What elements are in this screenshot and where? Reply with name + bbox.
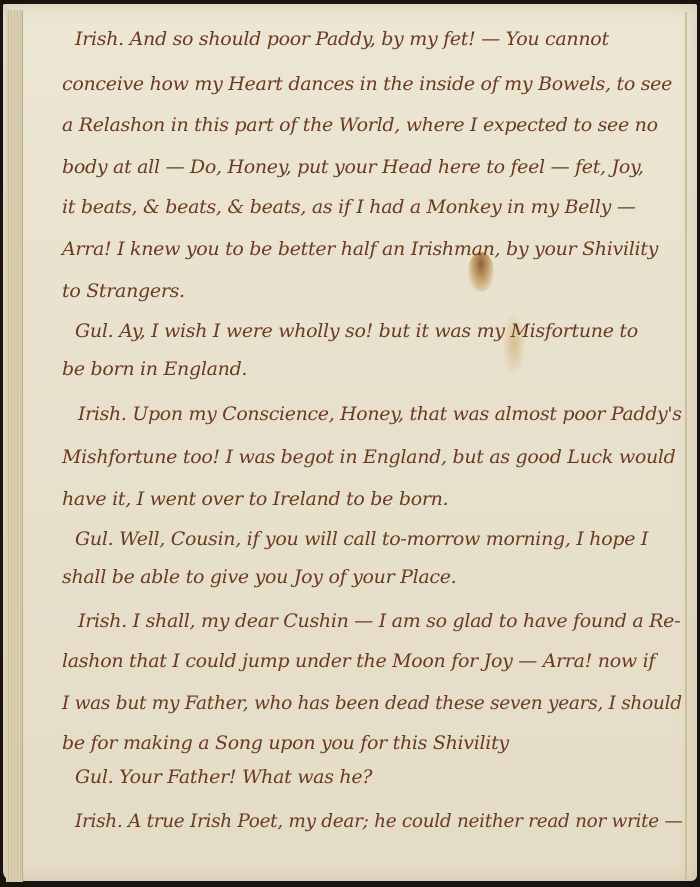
text-line: Irish. A true Irish Poet, my dear; he co… [75, 812, 683, 831]
text-line: be for making a Song upon you for this S… [62, 734, 509, 753]
text-line: Irish. Upon my Conscience, Honey, that w… [78, 405, 682, 424]
manuscript-frame: Irish. And so should poor Paddy, by my f… [0, 0, 700, 887]
text-line: Gul. Your Father! What was he? [75, 768, 372, 787]
text-line: conceive how my Heart dances in the insi… [62, 75, 672, 94]
text-line: I was but my Father, who has been dead t… [62, 694, 682, 713]
text-line: lashon that I could jump under the Moon … [62, 652, 655, 671]
text-line: body at all — Do, Honey, put your Head h… [62, 158, 644, 177]
text-line: be born in England. [62, 360, 247, 379]
manuscript-text: Irish. And so should poor Paddy, by my f… [3, 4, 697, 881]
text-line: Arra! I knew you to be better half an Ir… [62, 240, 658, 259]
text-line: have it, I went over to Ireland to be bo… [62, 490, 448, 509]
text-line: Irish. I shall, my dear Cushin — I am so… [78, 612, 680, 631]
text-line: a Relashon in this part of the World, wh… [62, 116, 658, 135]
text-line: it beats, & beats, & beats, as if I had … [62, 198, 636, 217]
text-line: Irish. And so should poor Paddy, by my f… [75, 30, 609, 49]
text-line: to Strangers. [62, 282, 185, 301]
text-line: shall be able to give you Joy of your Pl… [62, 568, 456, 587]
manuscript-page: Irish. And so should poor Paddy, by my f… [3, 4, 697, 881]
text-line: Mishfortune too! I was begot in England,… [62, 448, 676, 467]
text-line: Gul. Well, Cousin, if you will call to-m… [75, 530, 648, 549]
text-line: Gul. Ay, I wish I were wholly so! but it… [75, 322, 638, 341]
